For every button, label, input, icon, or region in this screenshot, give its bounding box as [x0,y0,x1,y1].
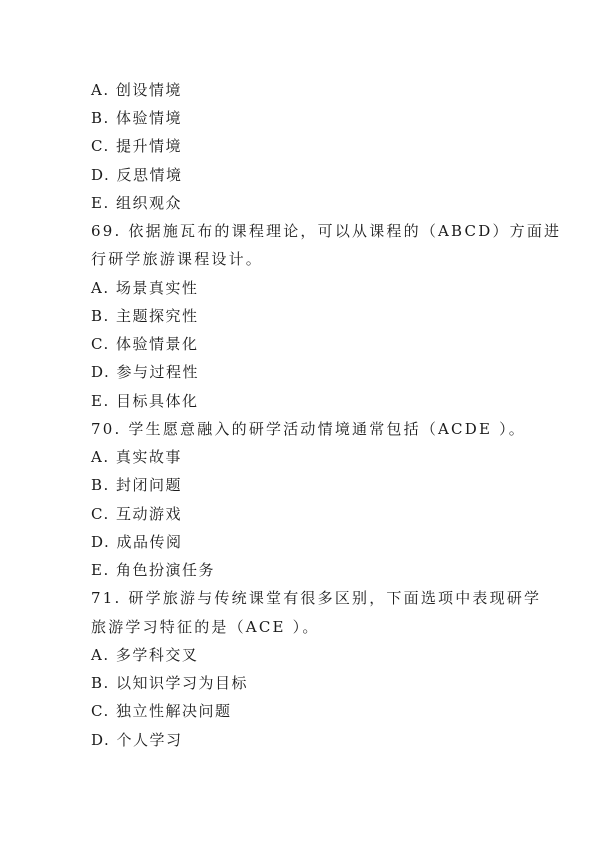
option-71-c: C. 独立性解决问题 [91,701,231,721]
option-69-b: B. 主题探究性 [91,306,199,326]
option-70-e: E. 角色扮演任务 [91,560,215,580]
option-68-d: D. 反思情境 [91,165,183,185]
option-71-b: B. 以知识学习为目标 [91,673,248,693]
question-71-cont: 旅游学习特征的是（ACE ）。 [91,617,320,637]
option-69-a: A. 场景真实性 [91,278,198,298]
question-69: 69. 依据施瓦布的课程理论，可以从课程的（ABCD）方面进 [91,221,561,241]
option-70-c: C. 互动游戏 [91,504,182,524]
question-71: 71. 研学旅游与传统课堂有很多区别，下面选项中表现研学 [91,588,541,608]
option-71-a: A. 多学科交叉 [91,645,198,665]
option-70-a: A. 真实故事 [91,447,182,467]
document-page: A. 创设情境 B. 体验情境 C. 提升情境 D. 反思情境 E. 组织观众 … [0,0,600,849]
option-68-e: E. 组织观众 [91,193,182,213]
option-68-b: B. 体验情境 [91,108,182,128]
question-70: 70. 学生愿意融入的研学活动情境通常包括（ACDE ）。 [91,419,526,439]
option-68-c: C. 提升情境 [91,136,182,156]
option-70-d: D. 成品传阅 [91,532,183,552]
option-70-b: B. 封闭问题 [91,475,182,495]
option-71-d: D. 个人学习 [91,730,183,750]
option-69-d: D. 参与过程性 [91,362,199,382]
option-68-a: A. 创设情境 [91,80,182,100]
option-69-c: C. 体验情景化 [91,334,198,354]
question-69-cont: 行研学旅游课程设计。 [91,249,263,269]
option-69-e: E. 目标具体化 [91,391,199,411]
